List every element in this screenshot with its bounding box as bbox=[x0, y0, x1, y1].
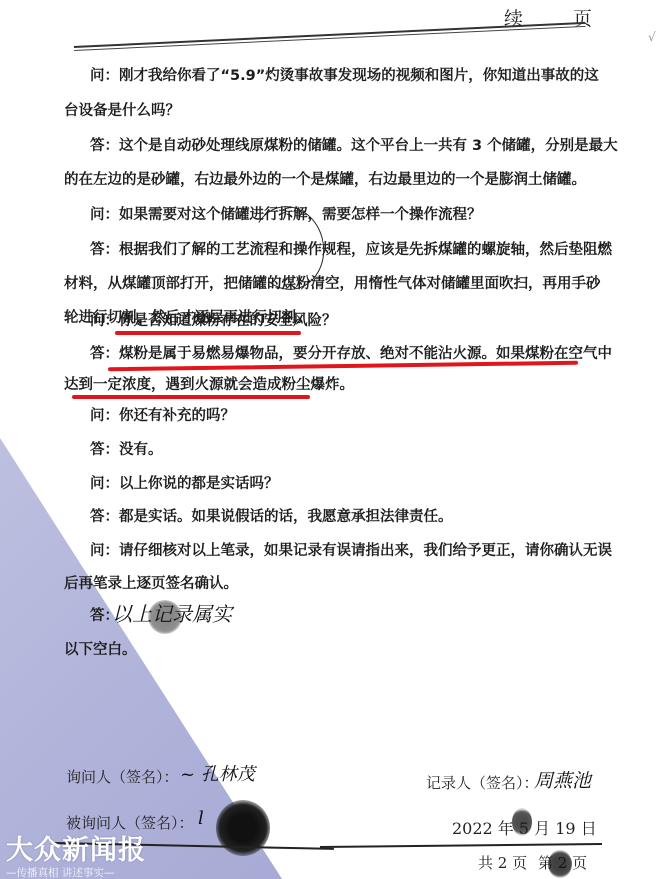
answer-line: 材料，从煤罐顶部打开，把储罐的煤粉清空，用惰性气体对储罐里面吹扫，再用手砂 bbox=[64, 272, 601, 293]
interviewer-signature-label: 询问人（签名）： bbox=[66, 766, 179, 787]
margin-check-mark: √ bbox=[648, 30, 656, 44]
fingerprint-stamp bbox=[512, 808, 532, 836]
answer-line: 的在左边的是砂罐，右边最外边的一个是煤罐，右边最里边的一个是膨润土储罐。 bbox=[64, 168, 586, 189]
ink-smudge bbox=[148, 600, 182, 634]
question-line: 问：以上你说的都是实话吗？ bbox=[90, 472, 279, 493]
recorder-signature: 周燕池 bbox=[534, 766, 591, 793]
question-line: 问：请仔细核对以上笔录，如果记录有误请指出来，我们给予更正，请你确认无误 bbox=[90, 539, 612, 560]
red-underline bbox=[72, 395, 310, 399]
answer-line: 答：根据我们了解的工艺流程和操作规程，应该是先拆煤罐的螺旋轴，然后垫阻燃 bbox=[90, 238, 612, 259]
highlighted-answer-line: 答：煤粉是属于易燃易爆物品，要分开存放、绝对不能沾火源。如果煤粉在空气中 bbox=[90, 342, 612, 363]
blank-below-note: 以下空白。 bbox=[64, 638, 137, 659]
recorder-signature-label: 记录人（签名）： bbox=[426, 772, 539, 793]
fingerprint-stamp bbox=[548, 850, 572, 878]
question-line: 后再笔录上逐页签名确认。 bbox=[64, 572, 238, 593]
page-total: 共 2 页 bbox=[478, 852, 527, 873]
question-line: 问：刚才我给你看了“5.9”灼烫事故事发现场的视频和图片，你知道出事故的这 bbox=[90, 64, 599, 85]
interviewer-signature: ~ 孔林茂 bbox=[180, 760, 255, 786]
interviewee-signature: l bbox=[198, 808, 204, 829]
bottom-rule-right bbox=[320, 843, 602, 848]
highlighted-answer-line: 达到一定浓度，遇到火源就会造成粉尘爆炸。 bbox=[64, 373, 354, 394]
header-double-rule bbox=[74, 22, 586, 51]
watermark-slogan: —传播真相 讲述事实— bbox=[6, 865, 146, 879]
question-line: 问：你还有补充的吗？ bbox=[90, 404, 235, 425]
highlighted-question-line: 问：你是否知道煤粉存在的安全风险？ bbox=[90, 309, 337, 330]
news-watermark: 大众新闻报 —传播真相 讲述事实— bbox=[6, 828, 146, 879]
watermark-name: 大众新闻报 bbox=[6, 828, 146, 867]
answer-line: 答：这个是自动砂处理线原煤粉的储罐。这个平台上一共有 3 个储罐，分别是最大 bbox=[90, 134, 618, 155]
answer-line: 答：没有。 bbox=[90, 438, 163, 459]
red-underline bbox=[115, 331, 301, 335]
answer-line: 答：都是实话。如果说假话的话，我愿意承担法律责任。 bbox=[90, 505, 453, 526]
question-line: 台设备是什么吗？ bbox=[64, 99, 180, 120]
